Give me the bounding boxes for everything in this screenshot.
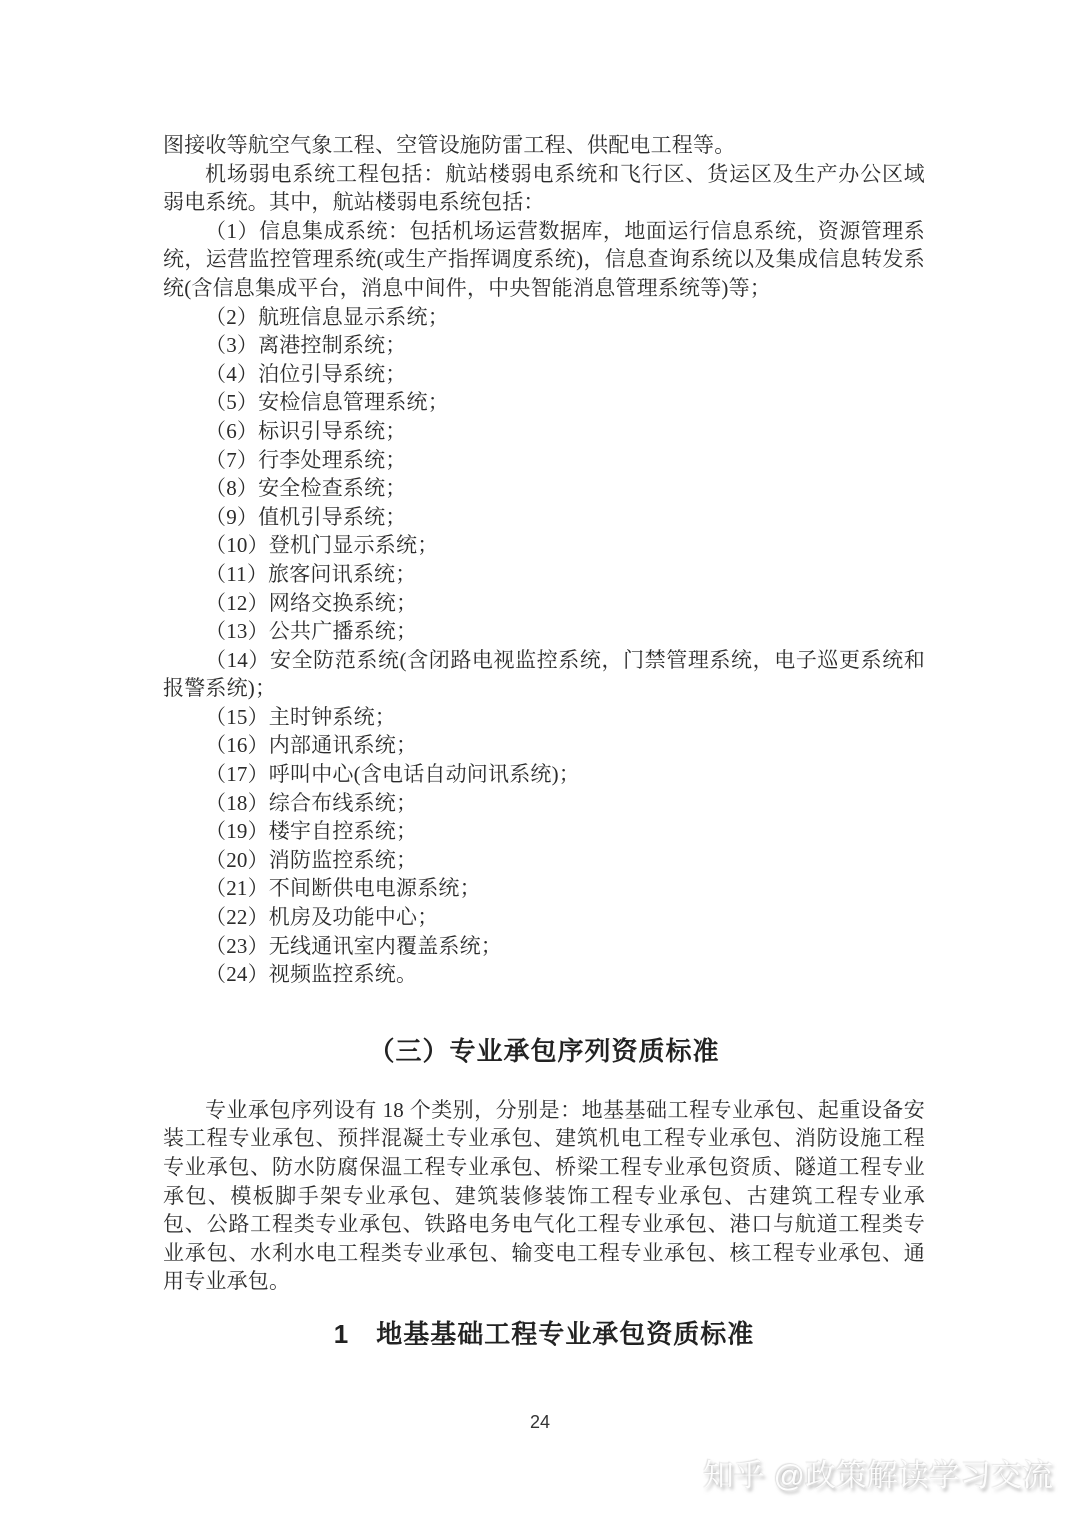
list-item: （7）行李处理系统； — [163, 446, 925, 475]
paragraph-intro: 机场弱电系统工程包括：航站楼弱电系统和飞行区、货运区及生产办公区域弱电系统。其中… — [163, 160, 925, 217]
list-item: （12）网络交换系统； — [163, 589, 925, 618]
list-item: （1）信息集成系统：包括机场运营数据库，地面运行信息系统，资源管理系统，运营监控… — [163, 217, 925, 303]
list-item: （21）不间断供电电源系统； — [163, 874, 925, 903]
document-content: 图接收等航空气象工程、空管设施防雷工程、供配电工程等。 机场弱电系统工程包括：航… — [163, 131, 925, 1351]
list-item: （9）值机引导系统； — [163, 503, 925, 532]
list-item: （18）综合布线系统； — [163, 789, 925, 818]
list-item: （16）内部通讯系统； — [163, 731, 925, 760]
list-item: （20）消防监控系统； — [163, 846, 925, 875]
list-item: （2）航班信息显示系统； — [163, 303, 925, 332]
list-item: （22）机房及功能中心； — [163, 903, 925, 932]
list-item: （8）安全检查系统； — [163, 474, 925, 503]
list-item: （3）离港控制系统； — [163, 331, 925, 360]
document-page: 图接收等航空气象工程、空管设施防雷工程、供配电工程等。 机场弱电系统工程包括：航… — [0, 0, 1080, 1527]
section-heading: （三）专业承包序列资质标准 — [163, 1034, 925, 1068]
list-item: （10）登机门显示系统； — [163, 531, 925, 560]
list-item: （6）标识引导系统； — [163, 417, 925, 446]
airport-systems-list: （1）信息集成系统：包括机场运营数据库，地面运行信息系统，资源管理系统，运营监控… — [163, 217, 925, 989]
list-item: （11）旅客问讯系统； — [163, 560, 925, 589]
paragraph-continuation: 图接收等航空气象工程、空管设施防雷工程、供配电工程等。 — [163, 131, 925, 160]
list-item: （4）泊位引导系统； — [163, 360, 925, 389]
list-item: （5）安检信息管理系统； — [163, 388, 925, 417]
list-item: （24）视频监控系统。 — [163, 960, 925, 989]
watermark: 知乎 @政策解读学习交流 — [703, 1456, 1053, 1496]
list-item: （14）安全防范系统(含闭路电视监控系统，门禁管理系统，电子巡更系统和报警系统)… — [163, 646, 925, 703]
list-item: （23）无线通讯室内覆盖系统； — [163, 932, 925, 961]
list-item: （19）楼宇自控系统； — [163, 817, 925, 846]
list-item: （15）主时钟系统； — [163, 703, 925, 732]
page-number: 24 — [0, 1411, 1080, 1433]
list-item: （13）公共广播系统； — [163, 617, 925, 646]
paragraph-categories: 专业承包序列设有 18 个类别，分别是：地基基础工程专业承包、起重设备安装工程专… — [163, 1096, 925, 1296]
subsection-heading: 1 地基基础工程专业承包资质标准 — [163, 1317, 925, 1351]
list-item: （17）呼叫中心(含电话自动问讯系统)； — [163, 760, 925, 789]
